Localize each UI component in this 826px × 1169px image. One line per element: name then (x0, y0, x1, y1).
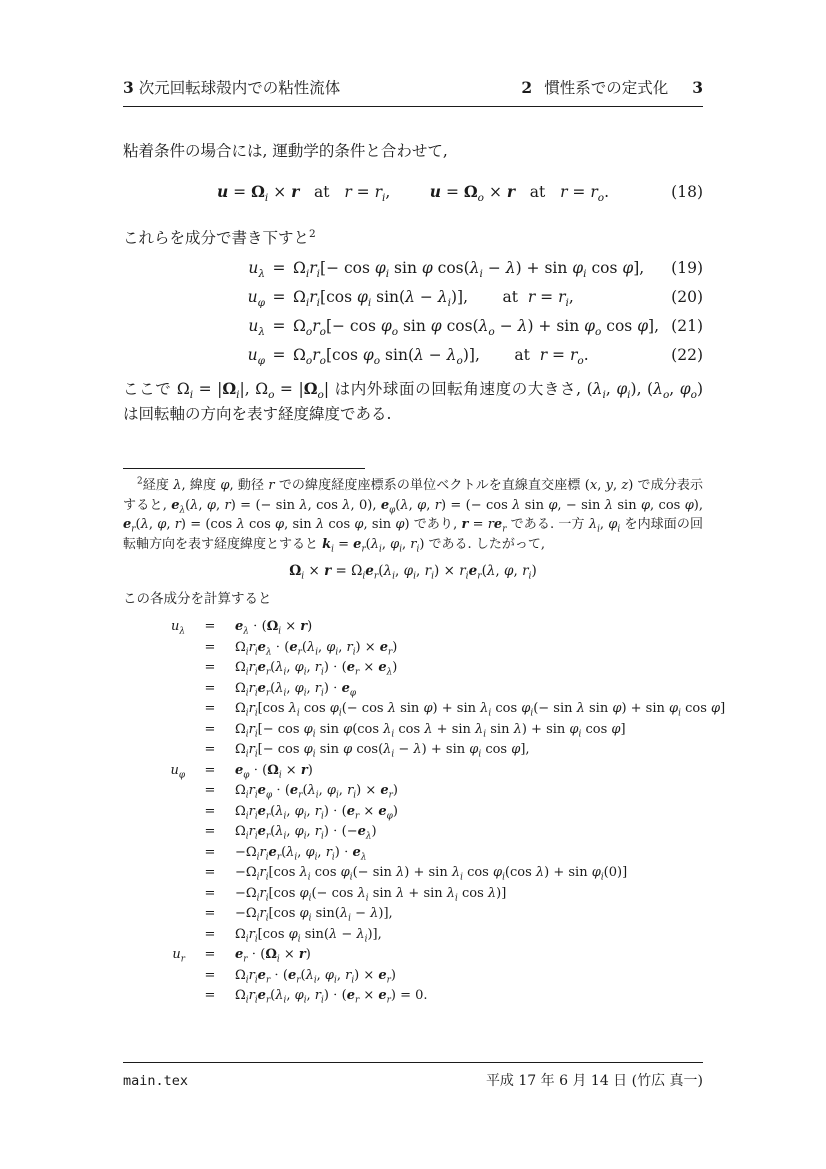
equals-sign: = (265, 341, 293, 370)
equals-sign: = (185, 966, 235, 987)
equation-19-lhs: uλ (123, 254, 265, 283)
derivation-rhs: Ωiri[cos φi sin(λ − λi)], (235, 925, 703, 946)
footnote-equation: Ωi × r = Ωier(λi, φi, ri) × rier(λ, φ, r… (123, 561, 703, 581)
equation-18-number: (18) (671, 180, 703, 204)
derivation-rhs: −Ωiri[cos φi sin(λi − λ)], (235, 904, 703, 925)
paragraph-write-components: これらを成分で書き下すと2 (123, 226, 703, 251)
equation-22-lhs: uφ (123, 341, 265, 370)
derivation-rhs: er ⋅ (Ωi × r) (235, 945, 703, 966)
derivation-row: = Ωirier(λi, φi, ri) ⋅ (er × eφ) (123, 802, 703, 823)
page-footer: main.tex 平成 17 年 6 月 14 日 (竹広 真一) (123, 1062, 703, 1090)
equation-19: uλ = Ωiri[− cos φi sin φ cos(λi − λ) + s… (123, 254, 703, 283)
derivation-rhs: Ωirieλ ⋅ (er(λi, φi, ri) × er) (235, 638, 703, 659)
derivation-rhs: −Ωiri[cos λi cos φi(− sin λ) + sin λi co… (235, 863, 703, 884)
equals-sign: = (265, 283, 293, 312)
equation-18: u = Ωi × r at r = ri, u = Ωo × r at r = … (123, 180, 703, 204)
derivation-lhs: ur (123, 945, 185, 966)
derivation-lhs (123, 781, 185, 802)
equation-20-number: (20) (671, 283, 703, 312)
equation-21-lhs: uλ (123, 312, 265, 341)
equals-sign: = (185, 986, 235, 1007)
derivation-row: = −Ωirier(λi, φi, ri) ⋅ eλ (123, 843, 703, 864)
derivation-rhs: Ωirier(λi, φi, ri) ⋅ (er × eφ) (235, 802, 703, 823)
derivation-row: = Ωirieλ ⋅ (er(λi, φi, ri) × er) (123, 638, 703, 659)
equation-21: uλ = Ωoro[− cos φo sin φ cos(λo − λ) + s… (123, 312, 703, 341)
derivation-lhs (123, 843, 185, 864)
page-header: 3 次元回転球殻内での粘性流体 2 慣性系での定式化 3 (123, 78, 703, 107)
derivation-rhs: Ωiri[− cos φi sin φ(cos λi cos λ + sin λ… (235, 720, 703, 741)
derivation-row: uλ = eλ ⋅ (Ωi × r) (123, 617, 703, 638)
equals-sign: = (185, 740, 235, 761)
equation-22: uφ = Ωoro[cos φo sin(λ − λo)], at r = ro… (123, 341, 703, 370)
derivation-row: = −Ωiri[cos φi(− cos λi sin λ + sin λi c… (123, 884, 703, 905)
derivation-lhs (123, 986, 185, 1007)
equals-sign: = (185, 945, 235, 966)
derivation-lhs: uφ (123, 761, 185, 782)
derivation-row: = Ωirier ⋅ (er(λi, φi, ri) × er) (123, 966, 703, 987)
equation-18-body: u = Ωi × r at r = ri, u = Ωo × r at r = … (217, 183, 609, 201)
equals-sign: = (185, 843, 235, 864)
equals-sign: = (185, 802, 235, 823)
footer-filename: main.tex (123, 1073, 188, 1089)
derivation-row: = Ωiri[cos λi cos φi(− cos λ sin φ) + si… (123, 699, 703, 720)
derivation-rhs: Ωiri[− cos φi sin φ cos(λi − λ) + sin φi… (235, 740, 703, 761)
derivation-lhs (123, 638, 185, 659)
derivation-lhs: uλ (123, 617, 185, 638)
derivation-row: = Ωirier(λi, φi, ri) ⋅ (−eλ) (123, 822, 703, 843)
derivation-row: = Ωirier(λi, φi, ri) ⋅ (er × eλ) (123, 658, 703, 679)
derivation-rhs: Ωirier(λi, φi, ri) ⋅ eφ (235, 679, 703, 700)
derivation-lhs (123, 740, 185, 761)
derivation-row: ur = er ⋅ (Ωi × r) (123, 945, 703, 966)
derivation-lhs (123, 966, 185, 987)
equals-sign: = (185, 617, 235, 638)
derivation-lhs (123, 679, 185, 700)
derivation-row: = Ωirier(λi, φi, ri) ⋅ eφ (123, 679, 703, 700)
equation-20: uφ = Ωiri[cos φi sin(λ − λi)], at r = ri… (123, 283, 703, 312)
derivation-lhs (123, 720, 185, 741)
equations-19-22: uλ = Ωiri[− cos φi sin φ cos(λi − λ) + s… (123, 254, 703, 370)
equals-sign: = (185, 720, 235, 741)
derivation-lhs (123, 699, 185, 720)
derivation-lhs (123, 904, 185, 925)
derivation-row: = Ωiri[− cos φi sin φ(cos λi cos λ + sin… (123, 720, 703, 741)
equals-sign: = (185, 925, 235, 946)
equals-sign: = (185, 658, 235, 679)
paragraph-rotation-rates: ここで Ωi = |Ωi|, Ωo = |Ωo| は内外球面の回転角速度の大きさ… (123, 376, 703, 427)
footnote-derivation: uλ = eλ ⋅ (Ωi × r) = Ωirieλ ⋅ (er(λi, φi… (123, 617, 703, 1007)
header-left-title: 3 次元回転球殻内での粘性流体 (123, 78, 340, 98)
equals-sign: = (265, 254, 293, 283)
equals-sign: = (185, 638, 235, 659)
derivation-rhs: Ωirier ⋅ (er(λi, φi, ri) × er) (235, 966, 703, 987)
equation-20-lhs: uφ (123, 283, 265, 312)
equals-sign: = (185, 904, 235, 925)
equation-22-rhs: Ωoro[cos φo sin(λ − λo)], at r = ro. (293, 341, 671, 370)
derivation-lhs (123, 822, 185, 843)
derivation-lhs (123, 863, 185, 884)
footnote-text: 2経度 λ, 緯度 φ, 動径 r での緯度経度座標系の単位ベクトルを直線直交座… (123, 476, 703, 554)
equation-20-rhs: Ωiri[cos φi sin(λ − λi)], at r = ri, (293, 283, 671, 312)
derivation-row: uφ = eφ ⋅ (Ωi × r) (123, 761, 703, 782)
paragraph-no-slip-condition: 粘着条件の場合には, 運動学的条件と合わせて, (123, 139, 703, 164)
derivation-row: = Ωiri[cos φi sin(λ − λi)], (123, 925, 703, 946)
equals-sign: = (265, 312, 293, 341)
equation-19-rhs: Ωiri[− cos φi sin φ cos(λi − λ) + sin φi… (293, 254, 671, 283)
equals-sign: = (185, 781, 235, 802)
equals-sign: = (185, 863, 235, 884)
derivation-row: = Ωirier(λi, φi, ri) ⋅ (er × er) = 0. (123, 986, 703, 1007)
derivation-rhs: Ωirieφ ⋅ (er(λi, φi, ri) × er) (235, 781, 703, 802)
derivation-lhs (123, 658, 185, 679)
derivation-rhs: Ωirier(λi, φi, ri) ⋅ (er × er) = 0. (235, 986, 703, 1007)
footnote-compute-intro: この各成分を計算すると (123, 589, 703, 609)
header-section-title: 慣性系での定式化 (544, 79, 668, 98)
footer-date-author: 平成 17 年 6 月 14 日 (竹広 真一) (486, 1070, 703, 1090)
equals-sign: = (185, 884, 235, 905)
derivation-rhs: −Ωirier(λi, φi, ri) ⋅ eλ (235, 843, 703, 864)
derivation-row: = −Ωiri[cos φi sin(λi − λ)], (123, 904, 703, 925)
header-section-number: 2 (521, 78, 532, 97)
derivation-lhs (123, 802, 185, 823)
derivation-rhs: eλ ⋅ (Ωi × r) (235, 617, 703, 638)
footnote-rule (123, 468, 365, 469)
derivation-rhs: Ωirier(λi, φi, ri) ⋅ (er × eλ) (235, 658, 703, 679)
derivation-rhs: Ωiri[cos λi cos φi(− cos λ sin φ) + sin … (235, 699, 725, 720)
header-page-number: 3 (692, 78, 703, 97)
equals-sign: = (185, 679, 235, 700)
equation-22-number: (22) (671, 341, 703, 370)
document-page: 3 次元回転球殻内での粘性流体 2 慣性系での定式化 3 粘着条件の場合には, … (0, 0, 826, 1169)
equation-21-number: (21) (671, 312, 703, 341)
equation-19-number: (19) (671, 254, 703, 283)
derivation-lhs (123, 925, 185, 946)
derivation-rhs: eφ ⋅ (Ωi × r) (235, 761, 703, 782)
derivation-row: = Ωirieφ ⋅ (er(λi, φi, ri) × er) (123, 781, 703, 802)
equals-sign: = (185, 699, 235, 720)
header-right: 2 慣性系での定式化 3 (521, 78, 703, 98)
equals-sign: = (185, 822, 235, 843)
derivation-rhs: −Ωiri[cos φi(− cos λi sin λ + sin λi cos… (235, 884, 703, 905)
equation-21-rhs: Ωoro[− cos φo sin φ cos(λo − λ) + sin φo… (293, 312, 671, 341)
equals-sign: = (185, 761, 235, 782)
derivation-rhs: Ωirier(λi, φi, ri) ⋅ (−eλ) (235, 822, 703, 843)
derivation-row: = −Ωiri[cos λi cos φi(− sin λ) + sin λi … (123, 863, 703, 884)
derivation-lhs (123, 884, 185, 905)
derivation-row: = Ωiri[− cos φi sin φ cos(λi − λ) + sin … (123, 740, 703, 761)
